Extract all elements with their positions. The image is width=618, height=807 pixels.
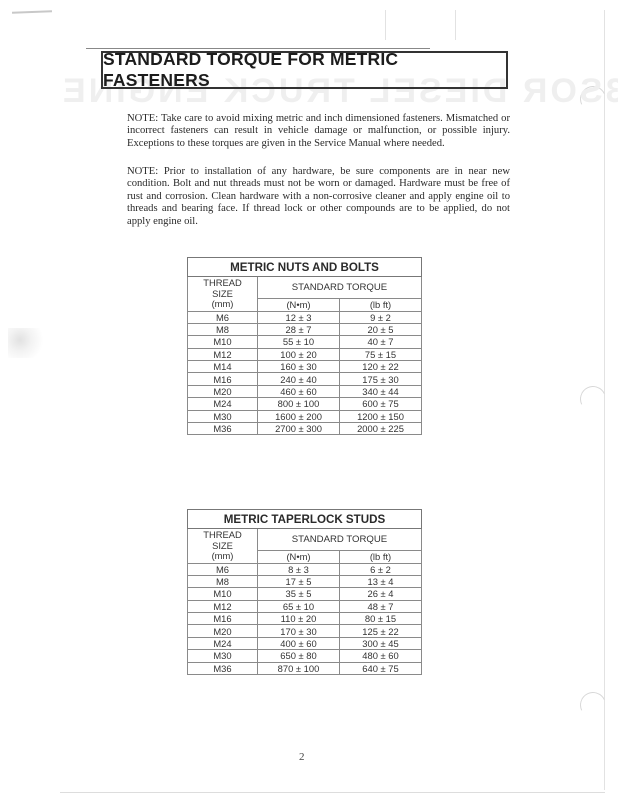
cell-torque-nm: 1600 ± 200 [258, 410, 340, 422]
table-row: M14160 ± 30120 ± 22 [188, 361, 422, 373]
table-row: M817 ± 513 ± 4 [188, 575, 422, 587]
cell-torque-nm: 800 ± 100 [258, 398, 340, 410]
cell-torque-lbft: 26 ± 4 [340, 588, 422, 600]
page-bottom-edge [60, 792, 605, 793]
cell-torque-lbft: 13 ± 4 [340, 575, 422, 587]
cell-thread-size: M36 [188, 423, 258, 435]
cell-torque-lbft: 640 ± 75 [340, 662, 422, 674]
table-row: M30650 ± 80480 ± 60 [188, 650, 422, 662]
cell-torque-nm: 110 ± 20 [258, 613, 340, 625]
cell-torque-lbft: 6 ± 2 [340, 563, 422, 575]
cell-thread-size: M24 [188, 398, 258, 410]
table-title: METRIC TAPERLOCK STUDS [188, 510, 422, 529]
cell-thread-size: M8 [188, 323, 258, 335]
cell-torque-lbft: 80 ± 15 [340, 613, 422, 625]
cell-torque-nm: 650 ± 80 [258, 650, 340, 662]
note-mixing-fasteners: NOTE: Take care to avoid mixing metric a… [127, 113, 510, 150]
cell-torque-nm: 100 ± 20 [258, 348, 340, 360]
cell-torque-nm: 460 ± 60 [258, 385, 340, 397]
cell-torque-lbft: 120 ± 22 [340, 361, 422, 373]
cell-thread-size: M6 [188, 311, 258, 323]
cell-torque-lbft: 480 ± 60 [340, 650, 422, 662]
table-metric-taperlock-studs: METRIC TAPERLOCK STUDS THREAD SIZE (mm) … [187, 509, 422, 675]
cell-torque-nm: 240 ± 40 [258, 373, 340, 385]
cell-torque-nm: 35 ± 5 [258, 588, 340, 600]
cell-thread-size: M12 [188, 600, 258, 612]
cell-thread-size: M16 [188, 373, 258, 385]
page-edge-line [455, 10, 456, 40]
cell-torque-nm: 28 ± 7 [258, 323, 340, 335]
table-row: M16240 ± 40175 ± 30 [188, 373, 422, 385]
table-row: M612 ± 39 ± 2 [188, 311, 422, 323]
cell-torque-lbft: 340 ± 44 [340, 385, 422, 397]
cell-torque-nm: 65 ± 10 [258, 600, 340, 612]
cell-thread-size: M30 [188, 650, 258, 662]
cell-torque-lbft: 9 ± 2 [340, 311, 422, 323]
cell-thread-size: M8 [188, 575, 258, 587]
header-unit-nm: (N•m) [258, 298, 340, 311]
cell-thread-size: M10 [188, 336, 258, 348]
table-row: M36870 ± 100640 ± 75 [188, 662, 422, 674]
cell-torque-nm: 8 ± 3 [258, 563, 340, 575]
cell-thread-size: M20 [188, 625, 258, 637]
cell-torque-lbft: 2000 ± 225 [340, 423, 422, 435]
cell-thread-size: M6 [188, 563, 258, 575]
cell-torque-nm: 170 ± 30 [258, 625, 340, 637]
header-unit-nm: (N•m) [258, 550, 340, 563]
header-unit-lbft: (lb ft) [340, 298, 422, 311]
table-row: M1055 ± 1040 ± 7 [188, 336, 422, 348]
cell-torque-nm: 12 ± 3 [258, 311, 340, 323]
cell-torque-lbft: 300 ± 45 [340, 637, 422, 649]
header-thread-label: THREAD [188, 278, 257, 289]
header-unit-mm: (mm) [188, 299, 257, 310]
header-thread-size: THREAD SIZE (mm) [188, 277, 258, 312]
table-row: M24400 ± 60300 ± 45 [188, 637, 422, 649]
header-thread-label: THREAD [188, 530, 257, 541]
table-row: M828 ± 720 ± 5 [188, 323, 422, 335]
cell-torque-lbft: 1200 ± 150 [340, 410, 422, 422]
table-row: M16110 ± 2080 ± 15 [188, 613, 422, 625]
page-edge-line [385, 10, 386, 40]
cell-torque-lbft: 75 ± 15 [340, 348, 422, 360]
table-row: M68 ± 36 ± 2 [188, 563, 422, 575]
header-thread-size: THREAD SIZE (mm) [188, 529, 258, 564]
scan-artifact-mark [12, 10, 52, 13]
table-row: M20460 ± 60340 ± 44 [188, 385, 422, 397]
cell-thread-size: M12 [188, 348, 258, 360]
cell-torque-nm: 870 ± 100 [258, 662, 340, 674]
cell-torque-lbft: 40 ± 7 [340, 336, 422, 348]
table-metric-nuts-bolts: METRIC NUTS AND BOLTS THREAD SIZE (mm) S… [187, 257, 422, 435]
cell-torque-nm: 2700 ± 300 [258, 423, 340, 435]
table-row: M301600 ± 2001200 ± 150 [188, 410, 422, 422]
cell-torque-nm: 160 ± 30 [258, 361, 340, 373]
table-row: M12100 ± 2075 ± 15 [188, 348, 422, 360]
table-row: M362700 ± 3002000 ± 225 [188, 423, 422, 435]
cell-thread-size: M10 [188, 588, 258, 600]
page-title: STANDARD TORQUE FOR METRIC FASTENERS [103, 49, 506, 91]
cell-thread-size: M16 [188, 613, 258, 625]
note-installation: NOTE: Prior to installation of any hardw… [127, 166, 510, 228]
scan-artifact-smudge [8, 328, 48, 358]
header-standard-torque: STANDARD TORQUE [258, 529, 422, 551]
cell-torque-lbft: 125 ± 22 [340, 625, 422, 637]
page-number: 2 [299, 751, 305, 763]
header-unit-lbft: (lb ft) [340, 550, 422, 563]
cell-torque-nm: 55 ± 10 [258, 336, 340, 348]
table-row: M20170 ± 30125 ± 22 [188, 625, 422, 637]
cell-thread-size: M36 [188, 662, 258, 674]
cell-thread-size: M20 [188, 385, 258, 397]
cell-torque-nm: 17 ± 5 [258, 575, 340, 587]
cell-thread-size: M24 [188, 637, 258, 649]
cell-thread-size: M14 [188, 361, 258, 373]
table-title: METRIC NUTS AND BOLTS [188, 258, 422, 277]
cell-torque-nm: 400 ± 60 [258, 637, 340, 649]
table-row: M1035 ± 526 ± 4 [188, 588, 422, 600]
page-title-box: STANDARD TORQUE FOR METRIC FASTENERS [101, 51, 508, 89]
cell-thread-size: M30 [188, 410, 258, 422]
cell-torque-lbft: 600 ± 75 [340, 398, 422, 410]
table-row: M24800 ± 100600 ± 75 [188, 398, 422, 410]
cell-torque-lbft: 48 ± 7 [340, 600, 422, 612]
cell-torque-lbft: 20 ± 5 [340, 323, 422, 335]
header-standard-torque: STANDARD TORQUE [258, 277, 422, 299]
table-row: M1265 ± 1048 ± 7 [188, 600, 422, 612]
header-unit-mm: (mm) [188, 551, 257, 562]
cell-torque-lbft: 175 ± 30 [340, 373, 422, 385]
